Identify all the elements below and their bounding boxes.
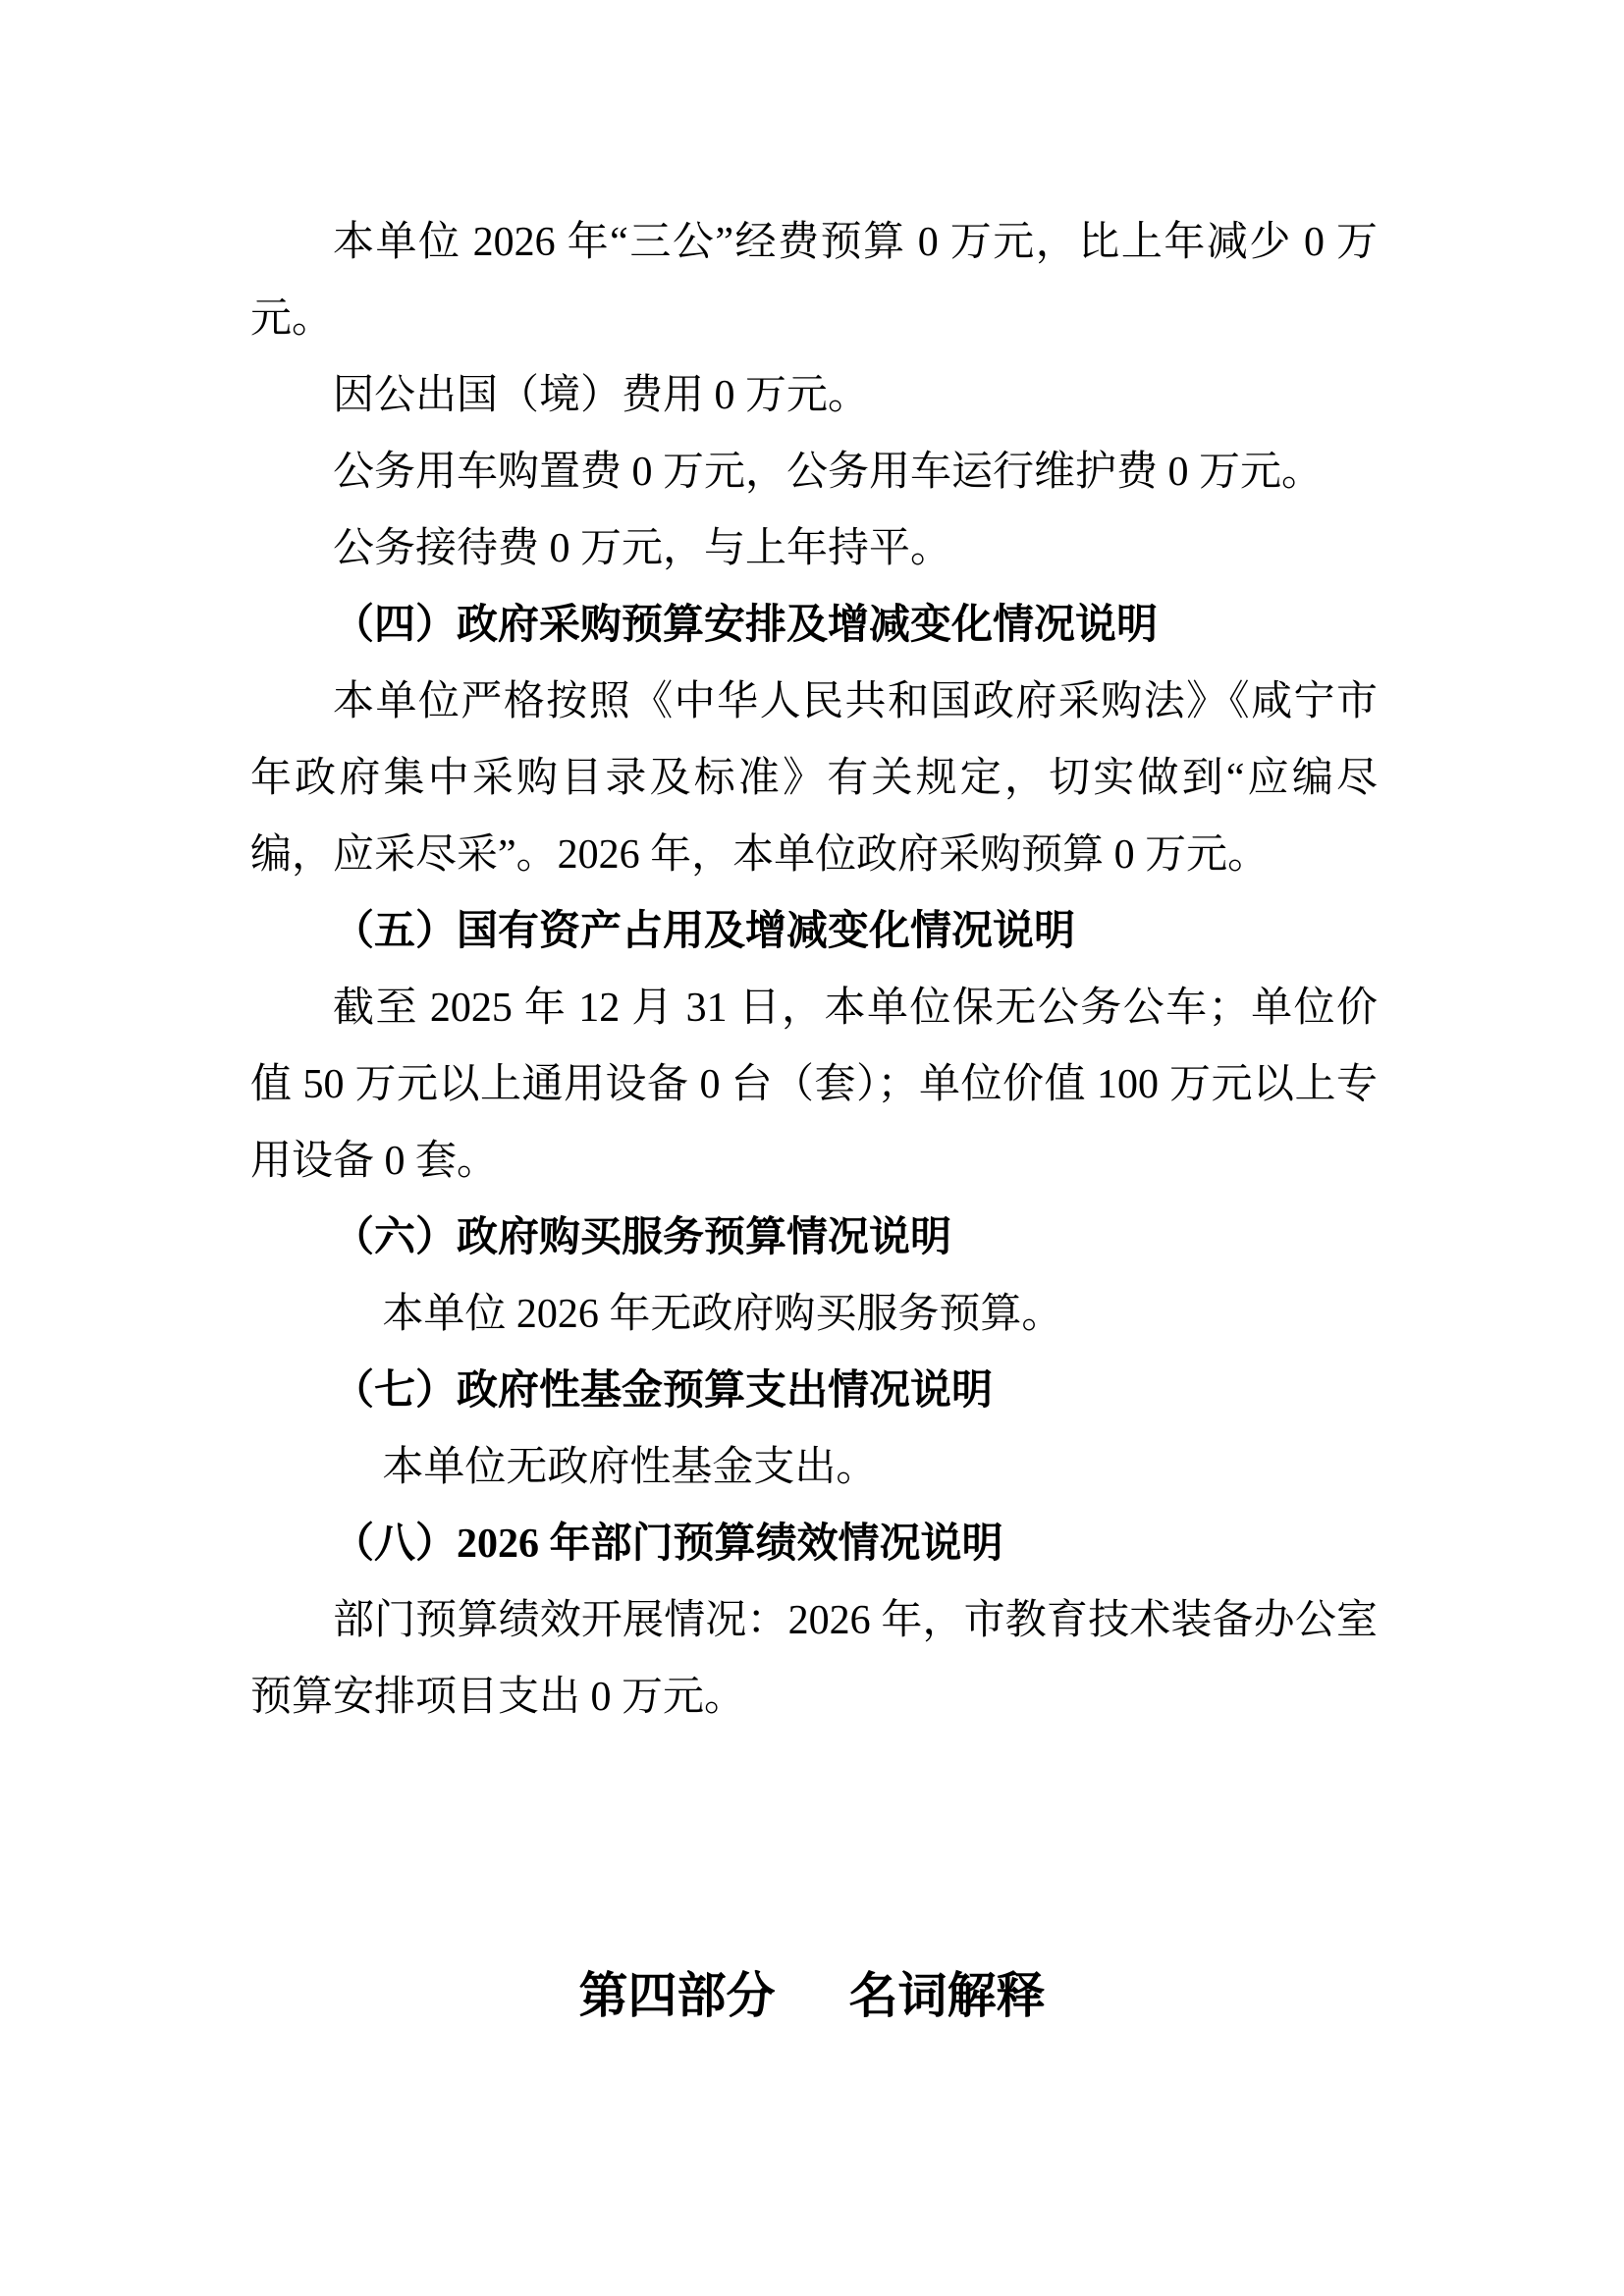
- paragraph-performance-detail: 部门预算绩效开展情况：2026 年，市教育技术装备办公室预算安排项目支出 0 万…: [250, 1582, 1378, 1735]
- heading-section-8-performance: （八）2026 年部门预算绩效情况说明: [250, 1506, 1378, 1582]
- paragraph-gov-funds-detail: 本单位无政府性基金支出。: [250, 1429, 1378, 1506]
- heading-section-4-procurement: （四）政府采购预算安排及增减变化情况说明: [250, 587, 1378, 664]
- paragraph-purchased-services-detail: 本单位 2026 年无政府购买服务预算。: [250, 1276, 1378, 1353]
- document-page: 本单位 2026 年“三公”经费预算 0 万元，比上年减少 0 万元。 因公出国…: [0, 0, 1624, 2296]
- part-four-title: 第四部分名词解释: [0, 1958, 1624, 2033]
- heading-section-5-state-assets: （五）国有资产占用及增减变化情况说明: [250, 893, 1378, 970]
- paragraph-sangong-total: 本单位 2026 年“三公”经费预算 0 万元，比上年减少 0 万元。: [250, 204, 1378, 357]
- paragraph-reception-expense: 公务接待费 0 万元，与上年持平。: [250, 510, 1378, 587]
- paragraph-vehicle-expense: 公务用车购置费 0 万元，公务用车运行维护费 0 万元。: [250, 434, 1378, 510]
- paragraph-state-assets-detail: 截至 2025 年 12 月 31 日，本单位保无公务公车；单位价值 50 万元…: [250, 970, 1378, 1200]
- part-four-name: 名词解释: [849, 1968, 1046, 2023]
- part-four-label: 第四部分: [579, 1968, 776, 2023]
- paragraph-abroad-expense: 因公出国（境）费用 0 万元。: [250, 357, 1378, 434]
- paragraph-procurement-detail: 本单位严格按照《中华人民共和国政府采购法》《咸宁市年政府集中采购目录及标准》有关…: [250, 664, 1378, 893]
- heading-section-7-gov-funds: （七）政府性基金预算支出情况说明: [250, 1353, 1378, 1429]
- document-body: 本单位 2026 年“三公”经费预算 0 万元，比上年减少 0 万元。 因公出国…: [250, 204, 1378, 1735]
- heading-section-6-purchased-services: （六）政府购买服务预算情况说明: [250, 1200, 1378, 1276]
